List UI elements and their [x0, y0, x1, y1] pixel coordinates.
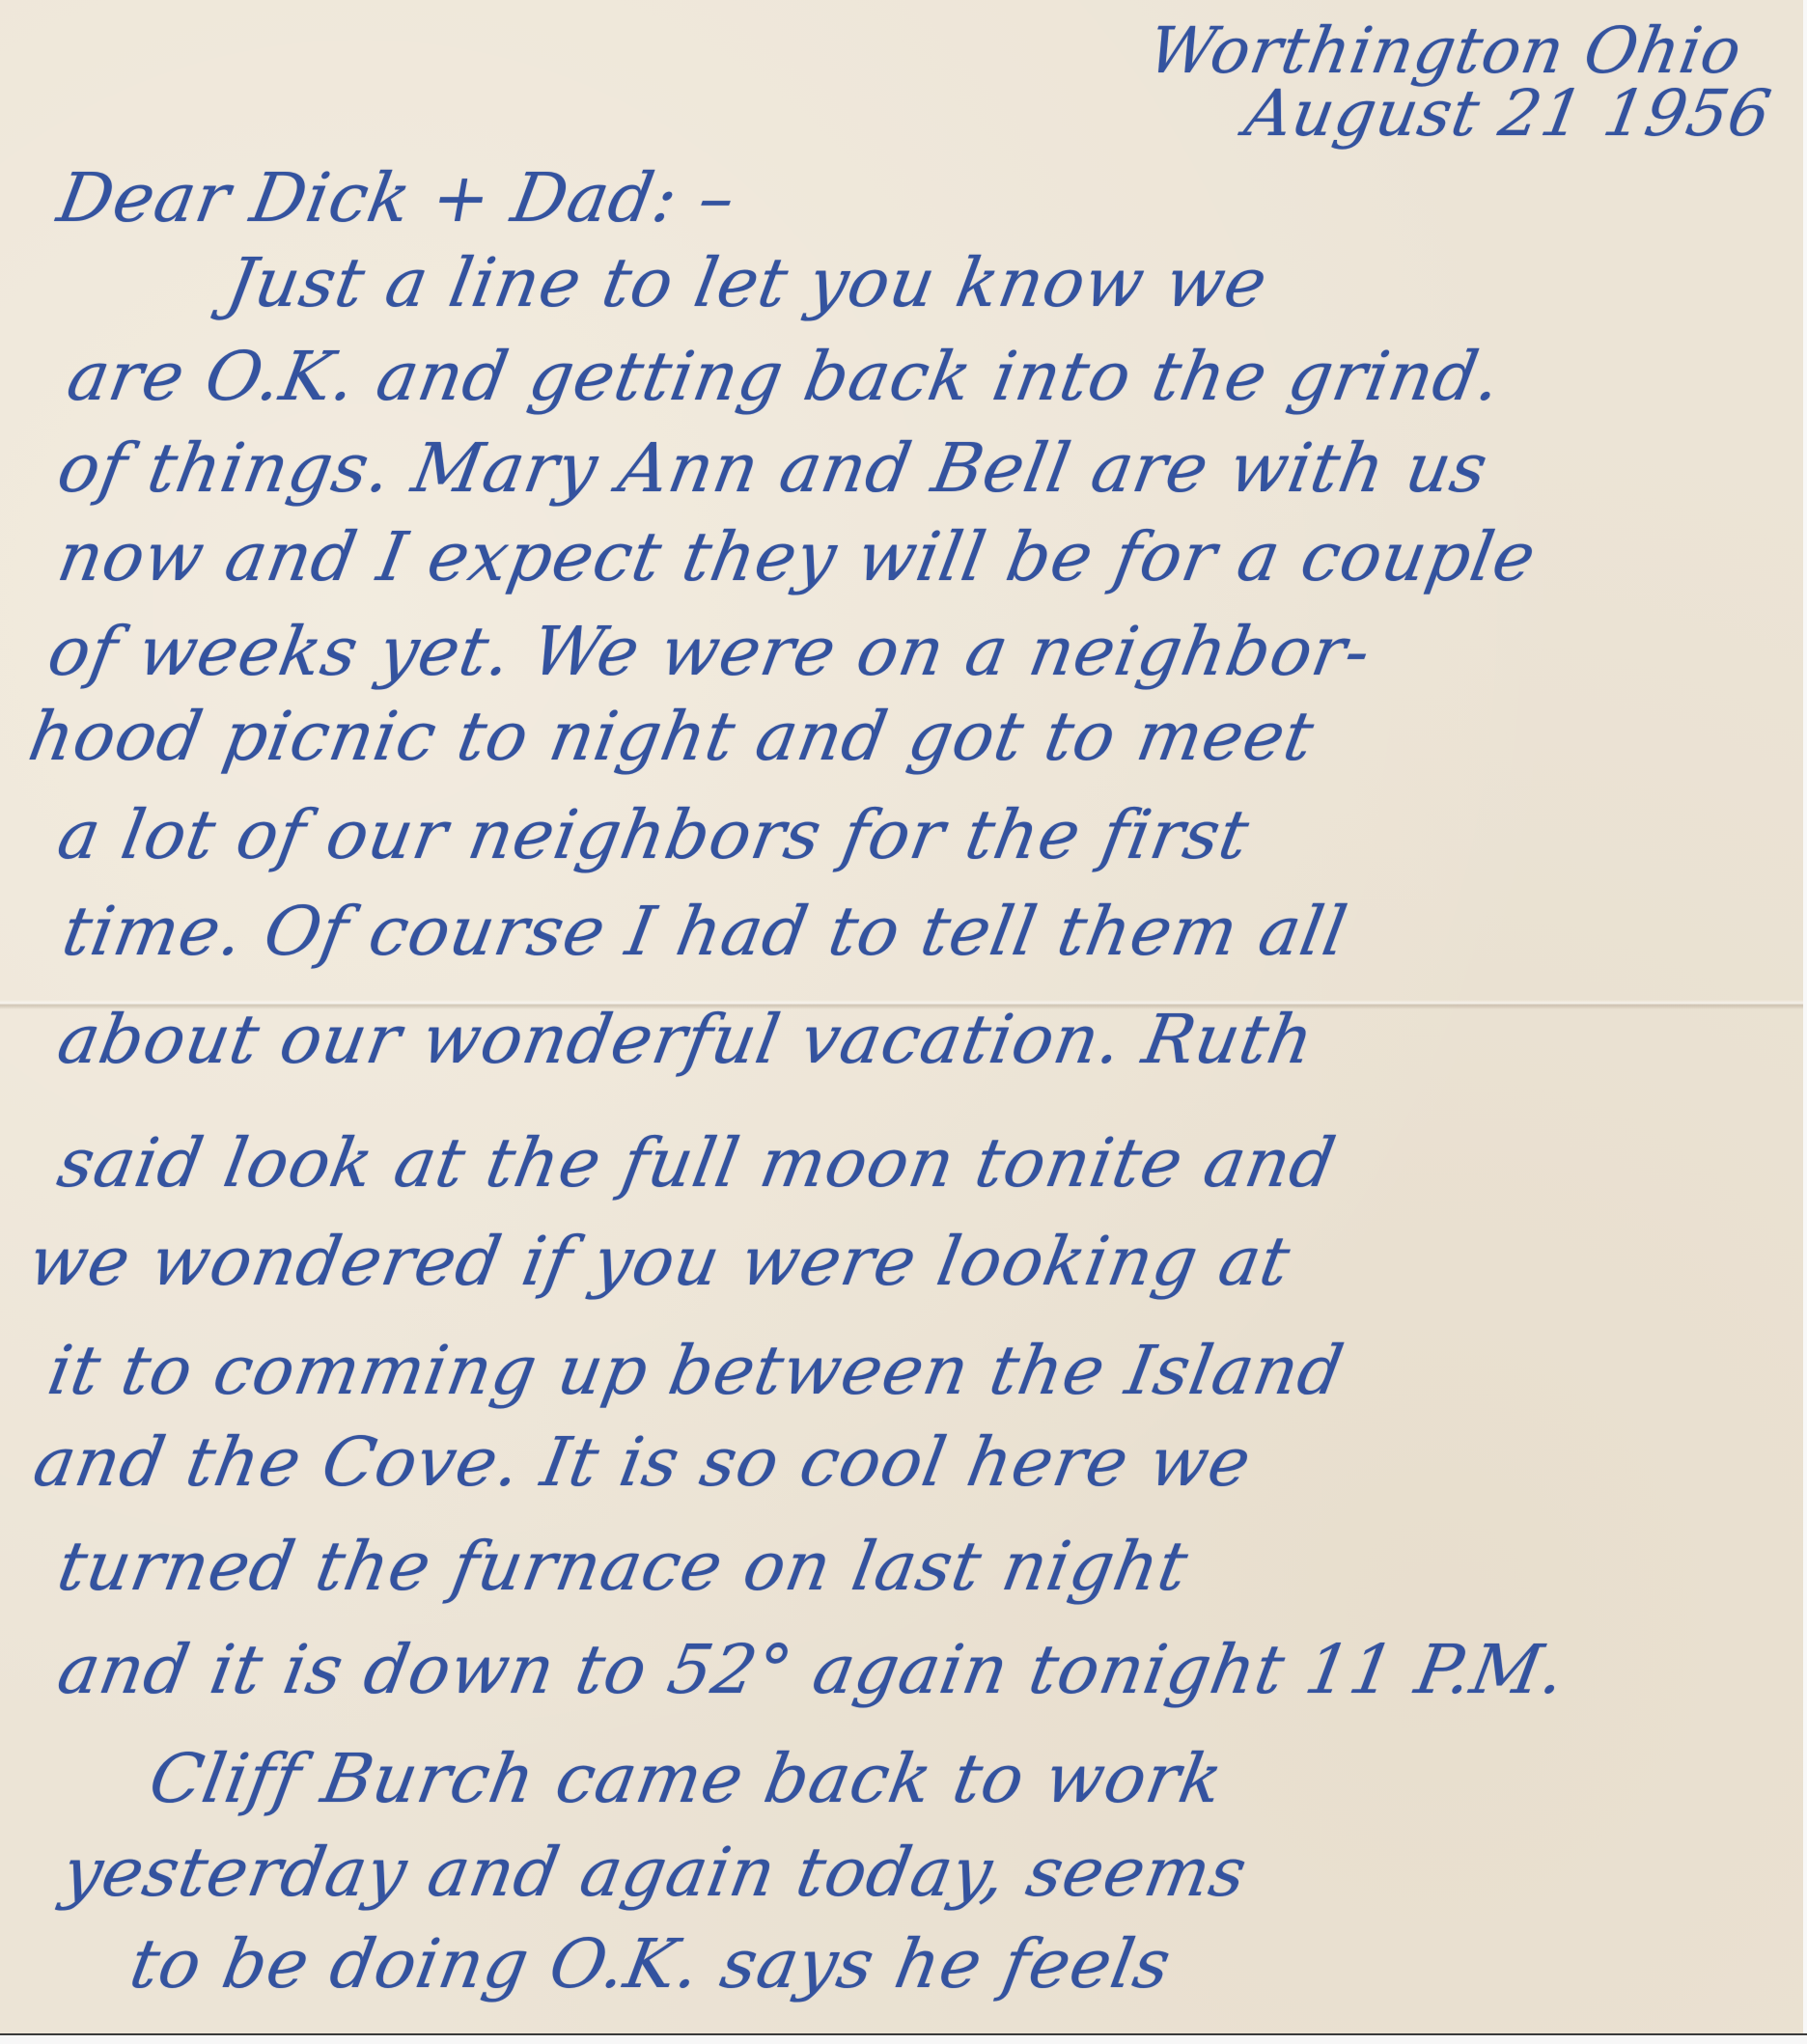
letter-line: we wondered if you were looking at	[24, 1228, 1295, 1295]
letter-page: Worthington Ohio August 21 1956 Dear Dic…	[0, 0, 1803, 2033]
letter-line: turned the furnace on last night	[53, 1533, 1193, 1600]
letter-line: about our wonderful vacation. Ruth	[53, 1006, 1319, 1073]
letter-line: and the Cove. It is so cool here we	[29, 1428, 1256, 1496]
letter-line: to be doing O.K. says he feels	[125, 1930, 1176, 1998]
letter-line: said look at the full moon tonite and	[53, 1129, 1341, 1197]
letter-line: are O.K. and getting back into the grind…	[63, 343, 1507, 410]
letter-salutation: Dear Dick + Dad: –	[53, 164, 740, 232]
letter-line: a lot of our neighbors for the first	[53, 801, 1254, 869]
letter-line: and it is down to 52° again tonight 11 P…	[53, 1636, 1571, 1703]
letter-line: time. Of course I had to tell them all	[58, 898, 1352, 965]
letter-line: Cliff Burch came back to work	[145, 1745, 1228, 1812]
letter-line: hood picnic to night and got to meet	[24, 703, 1319, 770]
letter-place: Worthington Ohio	[1144, 19, 1746, 83]
letter-line: yesterday and again today, seems	[58, 1838, 1252, 1906]
letter-line: of weeks yet. We were on a neighbor-	[43, 618, 1376, 685]
letter-line: Just a line to let you know we	[222, 249, 1272, 317]
letter-line: it to comming up between the Island	[43, 1337, 1348, 1404]
letter-date: August 21 1956	[1240, 82, 1776, 146]
letter-line: of things. Mary Ann and Bell are with us	[53, 434, 1493, 502]
scan-margin-right	[1803, 0, 1807, 2044]
scan-margin-bottom	[0, 2033, 1807, 2044]
letter-line: now and I expect they will be for a coup…	[53, 523, 1541, 591]
